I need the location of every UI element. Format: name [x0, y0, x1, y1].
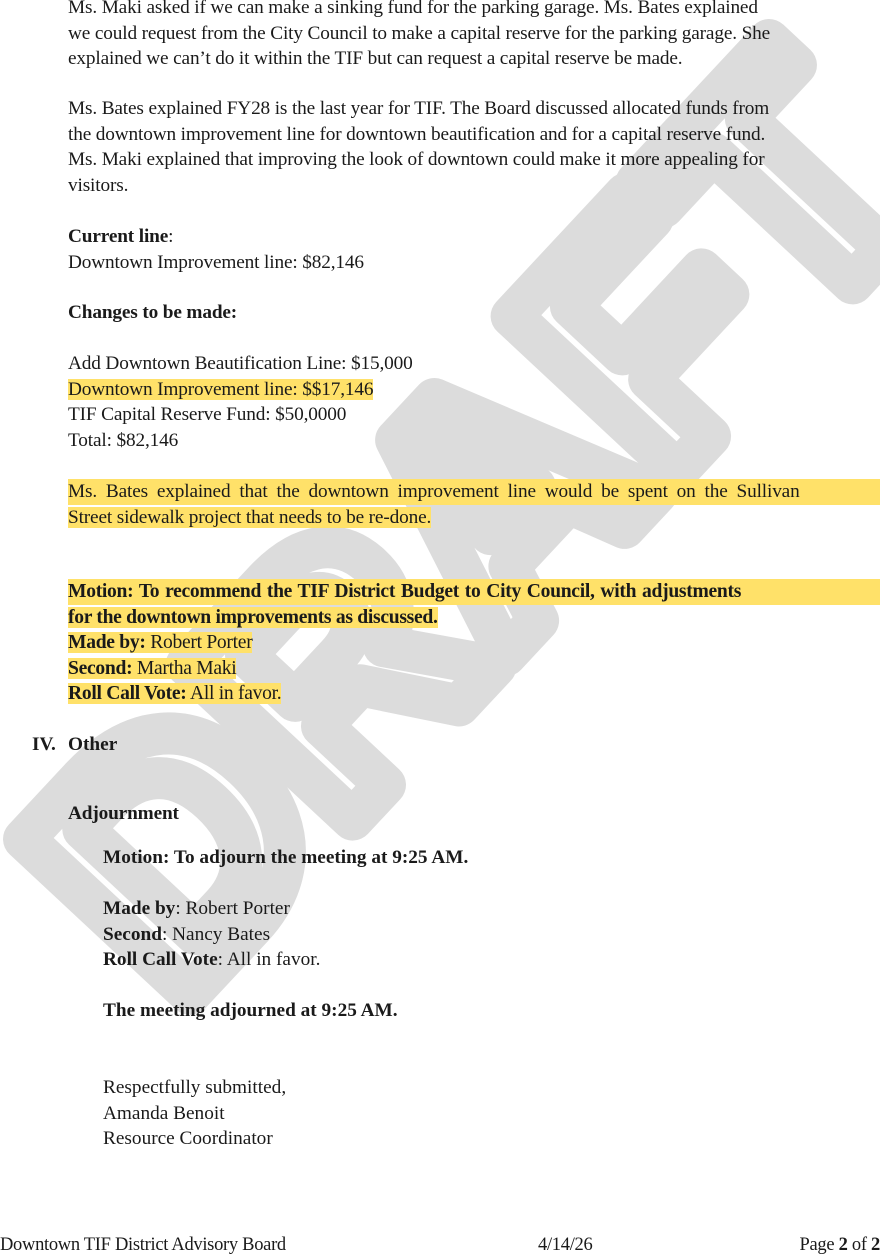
motion-text: Motion: To recommend the TIF District Bu…	[68, 579, 880, 605]
adjourn-second: Second: Nancy Bates	[103, 922, 320, 948]
meeting-adjourned-statement: The meeting adjourned at 9:25 AM.	[103, 998, 398, 1024]
motion-vote: Roll Call Vote: All in favor.	[68, 681, 880, 707]
made-by-value: Robert Porter	[146, 632, 253, 653]
text-line: Ms. Maki explained that improving the lo…	[68, 147, 880, 173]
heading-text: Current line	[68, 226, 168, 247]
changes-heading-wrap: Changes to be made:	[68, 300, 880, 326]
page-total: 2	[871, 1235, 880, 1255]
adjourn-vote: Roll Call Vote: All in favor.	[103, 947, 320, 973]
section-number: IV.	[32, 732, 68, 757]
second-label: Second	[103, 924, 162, 945]
vote-label: Roll Call Vote	[103, 949, 218, 970]
adjournment-votes: Made by: Robert Porter Second: Nancy Bat…	[103, 896, 320, 973]
footer-page-number: Page 2 of 2	[800, 1233, 880, 1257]
page-mid: of	[848, 1235, 871, 1255]
signature-title: Resource Coordinator	[103, 1126, 286, 1152]
second-label: Second:	[68, 658, 132, 679]
sullivan-note: Ms. Bates explained that the downtown im…	[68, 479, 880, 530]
paragraph-fy28: Ms. Bates explained FY28 is the last yea…	[68, 96, 880, 198]
budget-motion: Motion: To recommend the TIF District Bu…	[68, 579, 880, 707]
text-line: visitors.	[68, 173, 880, 199]
text-line: Street sidewalk project that needs to be…	[68, 505, 880, 531]
current-line-value: Downtown Improvement line: $82,146	[68, 250, 880, 276]
text-line: Ms. Maki asked if we can make a sinking …	[68, 0, 880, 21]
signature-block: Respectfully submitted, Amanda Benoit Re…	[103, 1075, 286, 1152]
change-item-text: Downtown Improvement line: $$17,146	[68, 379, 373, 400]
adjournment-heading: Adjournment	[68, 801, 880, 827]
change-item-text: Total: $82,146	[68, 430, 178, 451]
change-item-text: Add Downtown Beautification Line: $15,00…	[68, 353, 413, 374]
vote-label: Roll Call Vote:	[68, 683, 187, 704]
page-prefix: Page	[800, 1235, 839, 1255]
change-item-text: TIF Capital Reserve Fund: $50,0000	[68, 404, 346, 425]
text-line: we could request from the City Council t…	[68, 21, 880, 47]
made-by-label: Made by:	[68, 632, 146, 653]
adjourn-made-by: Made by: Robert Porter	[103, 896, 320, 922]
motion-text: : To adjourn the meeting at 9:25 AM.	[163, 847, 468, 868]
heading-colon: :	[168, 226, 173, 247]
change-item-highlighted: Downtown Improvement line: $$17,146	[68, 377, 880, 403]
section-iv-heading: IV.Other	[32, 732, 117, 757]
second-value: Martha Maki	[132, 658, 236, 679]
change-item: TIF Capital Reserve Fund: $50,0000	[68, 402, 880, 428]
signature-name: Amanda Benoit	[103, 1101, 286, 1127]
signature-closing: Respectfully submitted,	[103, 1075, 286, 1101]
text-line: explained we can’t do it within the TIF …	[68, 46, 880, 72]
motion-label: Motion	[103, 847, 163, 868]
text-line: the downtown improvement line for downto…	[68, 122, 880, 148]
motion-line: for the downtown improvements as discuss…	[68, 605, 880, 631]
changes-list: Add Downtown Beautification Line: $15,00…	[68, 351, 880, 453]
footer-date: 4/14/26	[538, 1233, 592, 1257]
second-value: : Nancy Bates	[162, 924, 270, 945]
page-current: 2	[839, 1235, 848, 1255]
motion-made-by: Made by: Robert Porter	[68, 630, 880, 656]
text-line: Ms. Bates explained FY28 is the last yea…	[68, 96, 880, 122]
change-item: Total: $82,146	[68, 428, 880, 454]
text-line: Ms. Bates explained that the downtown im…	[68, 479, 880, 505]
motion-text: for the downtown improvements as discuss…	[68, 607, 438, 628]
highlighted-text: Street sidewalk project that needs to be…	[68, 507, 431, 528]
motion-second: Second: Martha Maki	[68, 656, 880, 682]
vote-value: All in favor.	[187, 683, 282, 704]
made-by-label: Made by	[103, 898, 175, 919]
current-line-heading: Current line:	[68, 224, 880, 250]
paragraph-sinking-fund: Ms. Maki asked if we can make a sinking …	[68, 0, 880, 72]
footer-board-name: Downtown TIF District Advisory Board	[0, 1233, 286, 1257]
changes-heading: Changes to be made:	[68, 300, 880, 326]
document-page: Ms. Maki asked if we can make a sinking …	[0, 0, 880, 1257]
adjournment-motion: Motion: To adjourn the meeting at 9:25 A…	[103, 845, 468, 871]
motion-line: Motion: To recommend the TIF District Bu…	[68, 579, 880, 605]
made-by-value: : Robert Porter	[175, 898, 290, 919]
section-title: Other	[68, 734, 117, 755]
highlighted-text: Ms. Bates explained that the downtown im…	[68, 479, 880, 505]
change-item: Add Downtown Beautification Line: $15,00…	[68, 351, 880, 377]
current-line-section: Current line: Downtown Improvement line:…	[68, 224, 880, 275]
vote-value: : All in favor.	[218, 949, 321, 970]
